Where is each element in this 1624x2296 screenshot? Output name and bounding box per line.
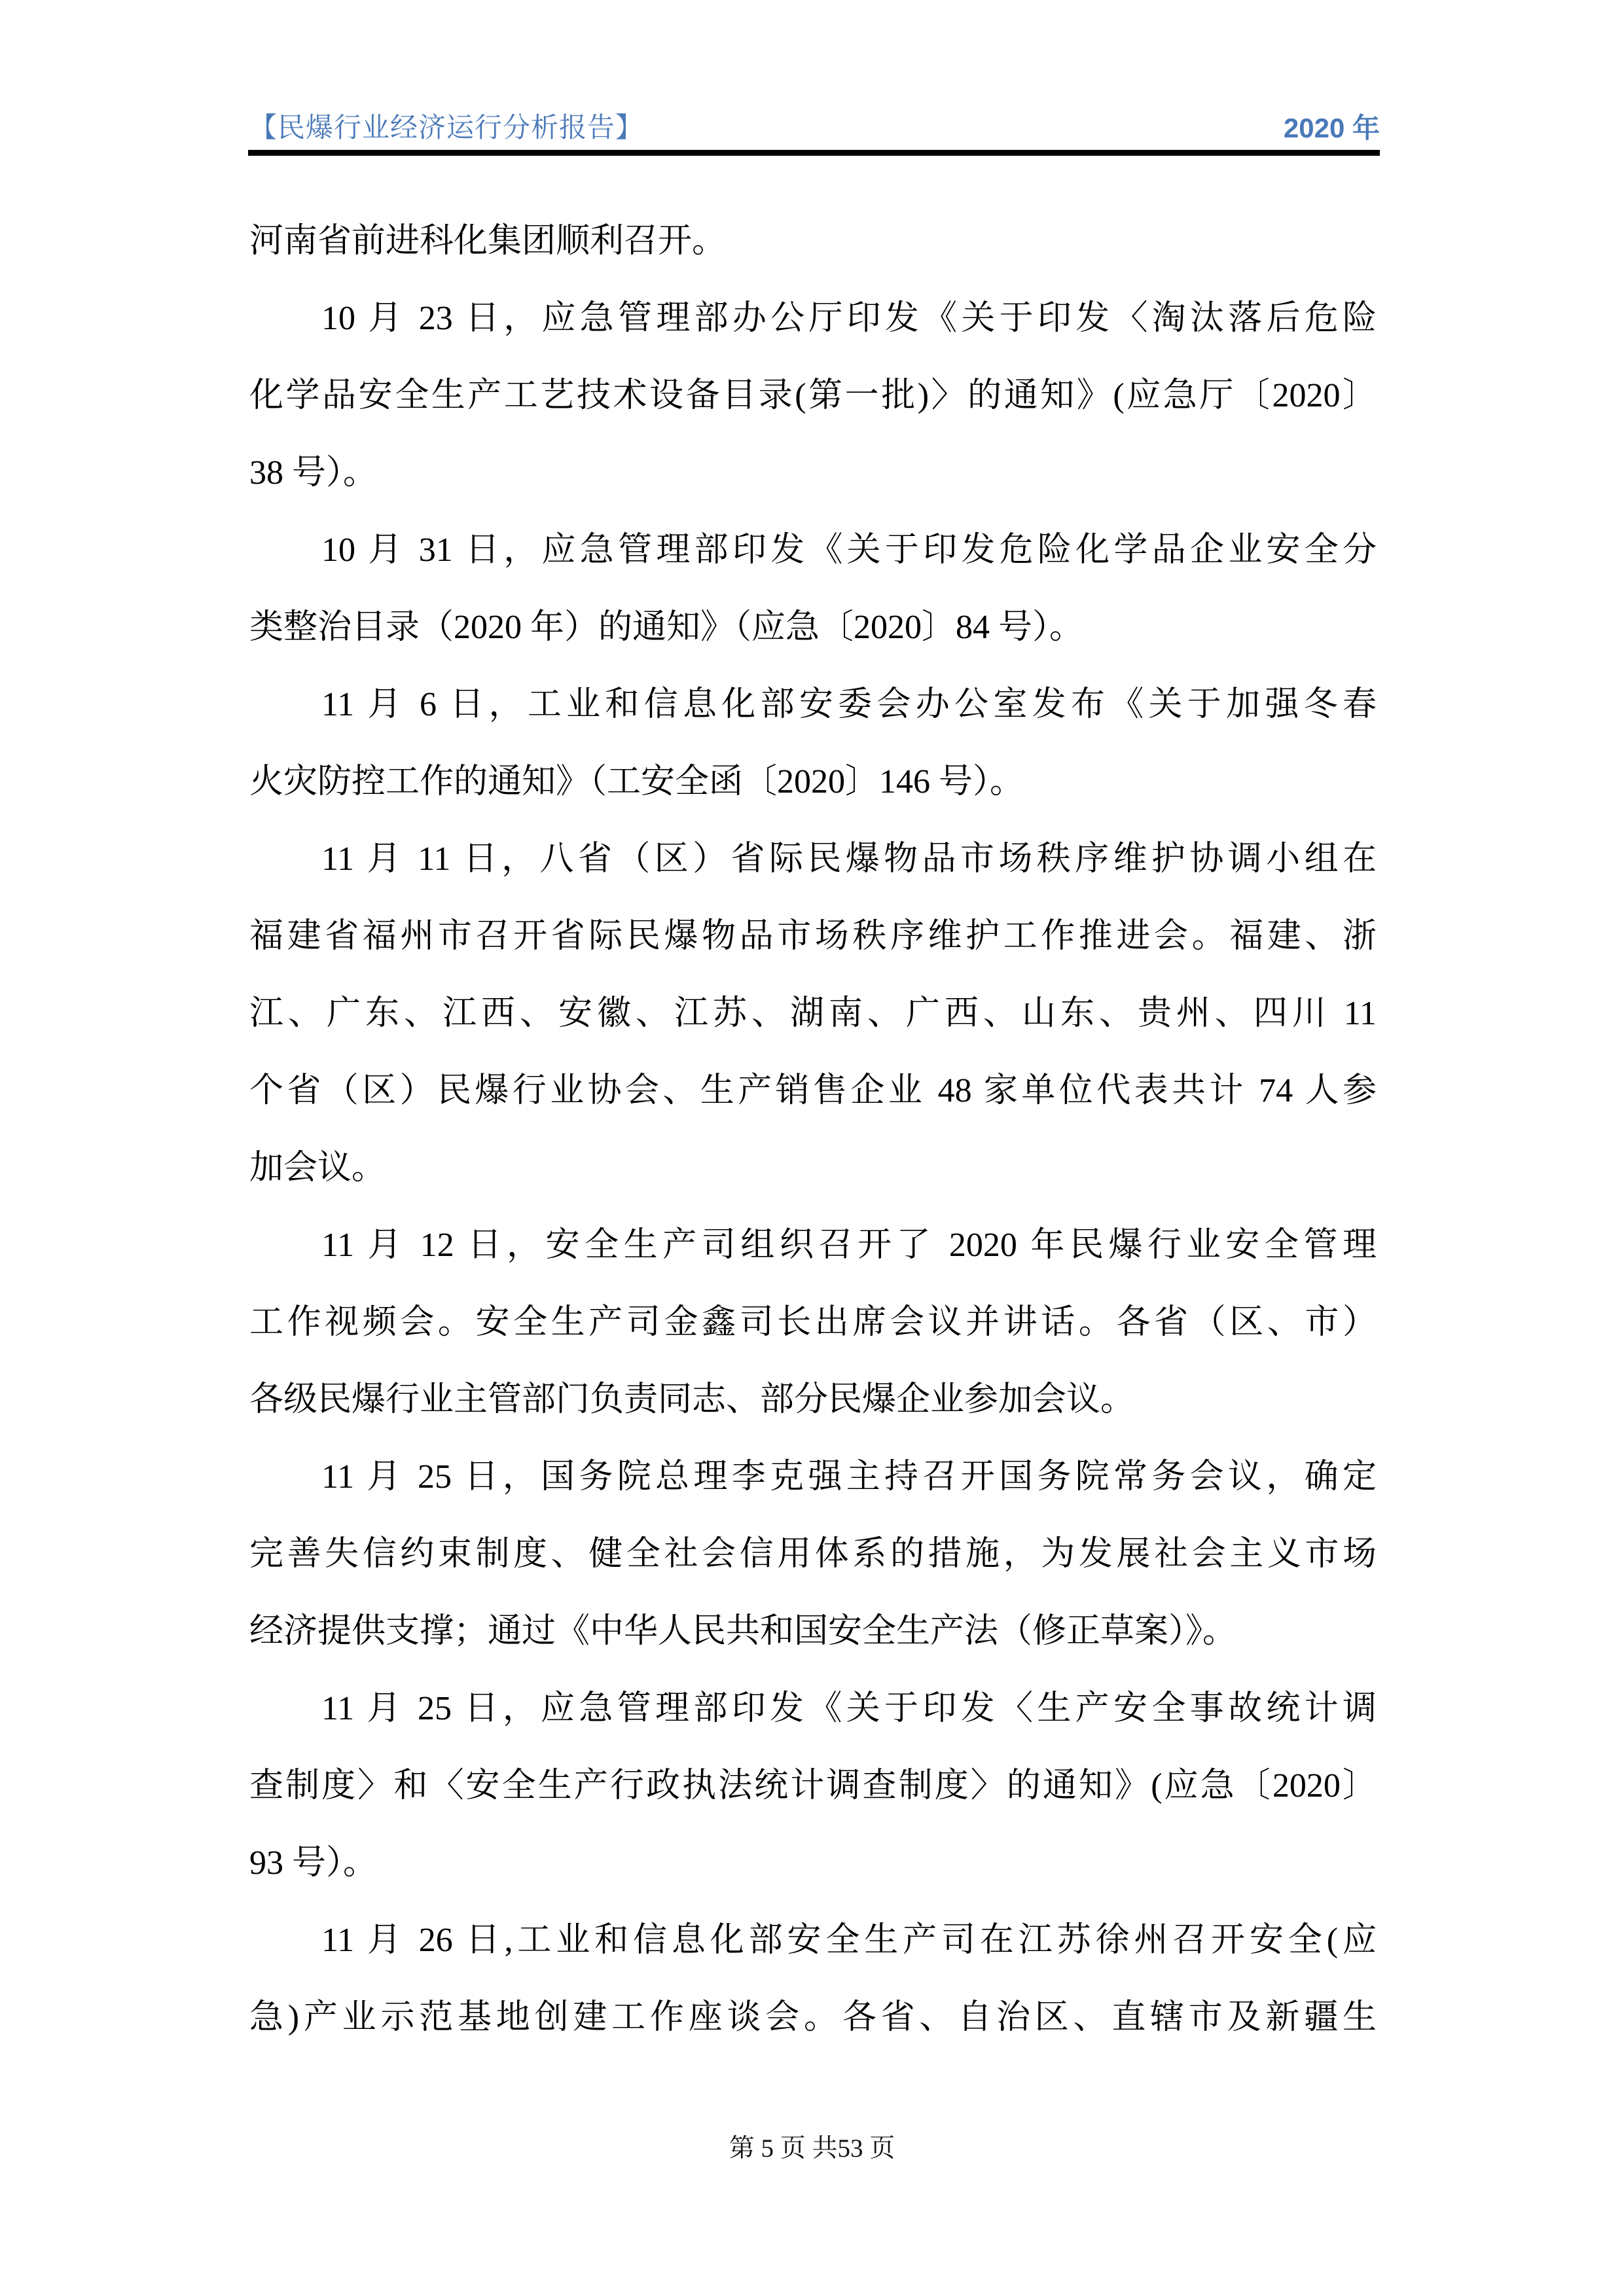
page-header: 【民爆行业经济运行分析报告】 2020 年 bbox=[249, 111, 1380, 145]
body-line: 个省（区）民爆行业协会、生产销售企业 48 家单位代表共计 74 人参 bbox=[249, 1052, 1377, 1130]
header-rule bbox=[248, 150, 1380, 156]
body-line: 加会议。 bbox=[249, 1130, 1377, 1207]
body-line: 完善失信约束制度、健全社会信用体系的措施，为发展社会主义市场 bbox=[249, 1516, 1377, 1593]
document-body: 河南省前进科化集团顺利召开。10 月 23 日，应急管理部办公厅印发《关于印发〈… bbox=[249, 203, 1377, 2056]
body-line: 93 号）。 bbox=[249, 1825, 1377, 1902]
page-number: 第 5 页 共53 页 bbox=[729, 2134, 895, 2162]
header-report-title: 【民爆行业经济运行分析报告】 bbox=[249, 111, 643, 145]
body-line: 福建省福州市召开省际民爆物品市场秩序维护工作推进会。福建、浙 bbox=[249, 898, 1377, 975]
body-line: 急)产业示范基地创建工作座谈会。各省、自治区、直辖市及新疆生 bbox=[249, 1979, 1377, 2056]
body-line: 10 月 31 日，应急管理部印发《关于印发危险化学品企业安全分 bbox=[249, 512, 1377, 589]
body-line: 10 月 23 日，应急管理部办公厅印发《关于印发〈淘汰落后危险 bbox=[249, 280, 1377, 357]
body-line: 11 月 25 日，应急管理部印发《关于印发〈生产安全事故统计调 bbox=[249, 1670, 1377, 1748]
body-line: 11 月 25 日，国务院总理李克强主持召开国务院常务会议，确定 bbox=[249, 1439, 1377, 1516]
header-year: 2020 年 bbox=[1284, 111, 1380, 145]
body-line: 查制度〉和〈安全生产行政执法统计调查制度〉的通知》(应急〔2020〕 bbox=[249, 1748, 1377, 1825]
body-line: 11 月 12 日，安全生产司组织召开了 2020 年民爆行业安全管理 bbox=[249, 1207, 1377, 1284]
document-page: 【民爆行业经济运行分析报告】 2020 年 河南省前进科化集团顺利召开。10 月… bbox=[0, 0, 1624, 2296]
body-line: 工作视频会。安全生产司金鑫司长出席会议并讲话。各省（区、市） bbox=[249, 1284, 1377, 1361]
body-line: 11 月 11 日，八省（区）省际民爆物品市场秩序维护协调小组在 bbox=[249, 821, 1377, 898]
body-line: 火灾防控工作的通知》（工安全函〔2020〕146 号）。 bbox=[249, 744, 1377, 821]
body-line: 11 月 6 日，工业和信息化部安委会办公室发布《关于加强冬春 bbox=[249, 666, 1377, 744]
body-line: 河南省前进科化集团顺利召开。 bbox=[249, 203, 1377, 280]
body-line: 38 号）。 bbox=[249, 435, 1377, 512]
body-line: 经济提供支撑；通过《中华人民共和国安全生产法（修正草案）》。 bbox=[249, 1593, 1377, 1670]
body-line: 化学品安全生产工艺技术设备目录(第一批)〉的通知》(应急厅〔2020〕 bbox=[249, 357, 1377, 435]
body-line: 各级民爆行业主管部门负责同志、部分民爆企业参加会议。 bbox=[249, 1361, 1377, 1439]
body-line: 类整治目录（2020 年）的通知》（应急〔2020〕84 号）。 bbox=[249, 589, 1377, 666]
body-line: 11 月 26 日,工业和信息化部安全生产司在江苏徐州召开安全(应 bbox=[249, 1902, 1377, 1979]
page-footer: 第 5 页 共53 页 bbox=[0, 2132, 1624, 2165]
body-line: 江、广东、江西、安徽、江苏、湖南、广西、山东、贵州、四川 11 bbox=[249, 975, 1377, 1052]
